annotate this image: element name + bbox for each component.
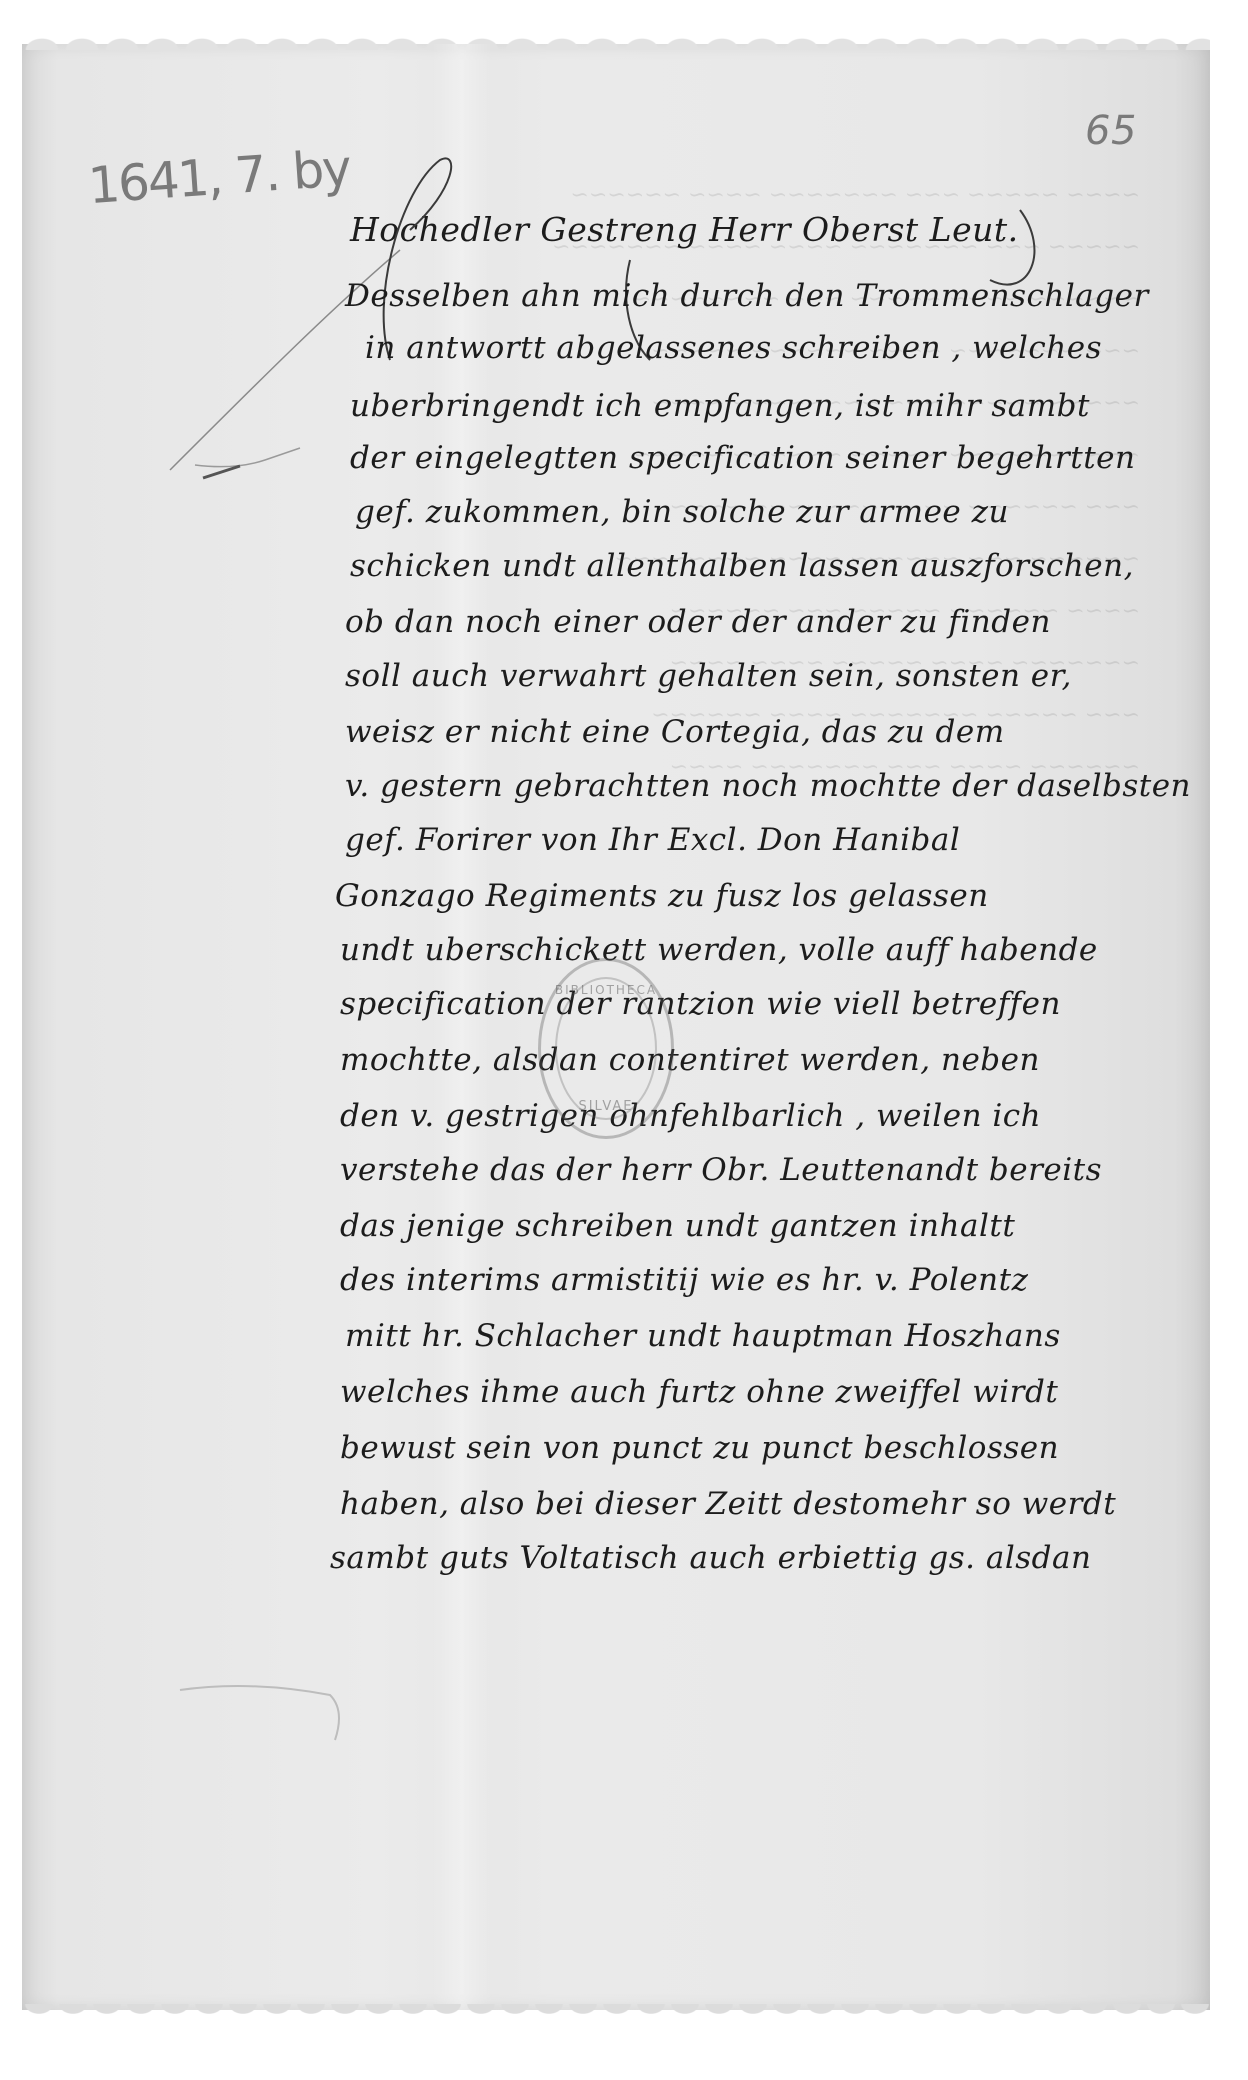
salutation: Hochedler Gestreng Herr Oberst Leut.	[350, 210, 1019, 249]
stamp-top-text: BIBLIOTHECA	[541, 983, 671, 997]
letter-line: undt uberschickett werden, volle auff ha…	[340, 932, 1098, 968]
letter-line: v. gestern gebrachtten noch mochtte der …	[345, 768, 1191, 804]
letter-line: soll auch verwahrt gehalten sein, sonste…	[345, 658, 1072, 694]
letter-line: Gonzago Regiments zu fusz los gelassen	[335, 878, 989, 914]
letter-line: haben, also bei dieser Zeitt destomehr s…	[340, 1486, 1116, 1522]
letter-line: verstehe das der herr Obr. Leuttenandt b…	[340, 1152, 1102, 1188]
letter-line: uberbringendt ich empfangen, ist mihr sa…	[350, 388, 1090, 424]
archive-stamp: BIBLIOTHECA SILVAE	[538, 958, 674, 1139]
letter-line: gef. Forirer von Ihr Excl. Don Hanibal	[345, 822, 960, 858]
letter-line: welches ihme auch furtz ohne zweiffel wi…	[340, 1374, 1058, 1410]
letter-line: sambt guts Voltatisch auch erbiettig gs.…	[330, 1540, 1091, 1576]
letter-line: ob dan noch einer oder der ander zu find…	[345, 604, 1051, 640]
letter-line: des interims armistitij wie es hr. v. Po…	[340, 1262, 1028, 1298]
folio-number: 65	[1085, 108, 1137, 154]
letter-line: mitt hr. Schlacher undt hauptman Hoszhan…	[345, 1318, 1061, 1354]
letter-line: mochtte, alsdan contentiret werden, nebe…	[340, 1042, 1040, 1078]
letter-line: gef. zukommen, bin solche zur armee zu	[355, 494, 1009, 530]
stamp-bottom-text: SILVAE	[541, 1099, 671, 1114]
letter-line: specification der rantzion wie viell bet…	[340, 986, 1061, 1022]
letter-line: bewust sein von punct zu punct beschloss…	[340, 1430, 1059, 1466]
letter-line: den v. gestrigen ohnfehlbarlich , weilen…	[340, 1098, 1041, 1134]
letter-line: das jenige schreiben undt gantzen inhalt…	[340, 1208, 1015, 1244]
letter-line: Desselben ahn mich durch den Trommenschl…	[345, 278, 1149, 314]
letter-line: in antwortt abgelassenes schreiben , wel…	[365, 330, 1102, 366]
letter-line: weisz er nicht eine Cortegia, das zu dem	[345, 714, 1005, 750]
letter-line: der eingelegtten specification seiner be…	[350, 440, 1135, 476]
letter-line: schicken undt allenthalben lassen auszfo…	[350, 548, 1134, 584]
